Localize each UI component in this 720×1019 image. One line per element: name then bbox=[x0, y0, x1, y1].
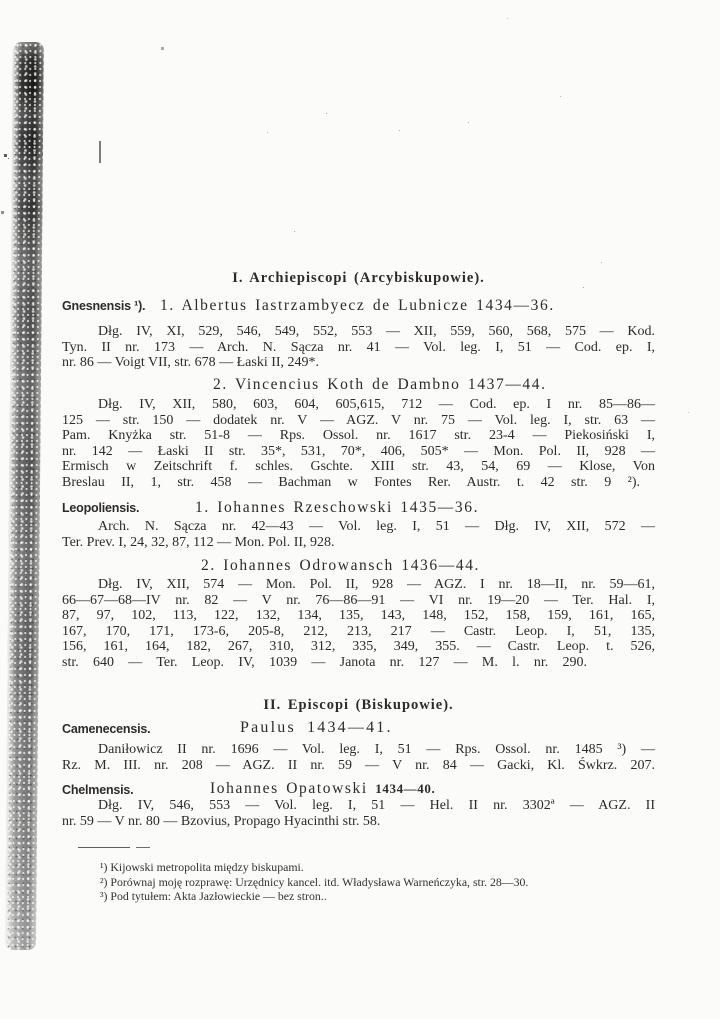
text-line: Daniłowicz II nr. 1696 — Vol. leg. I, 51… bbox=[62, 742, 655, 758]
scanned-book-page: I. Archiepiscopi (Arcybiskupowie). Gnesn… bbox=[0, 0, 720, 1019]
text-line: nr. 86 — Voigt VII, str. 678 — Łaski II,… bbox=[62, 355, 655, 371]
section-heading-episcopi: II. Episcopi (Biskupowie). bbox=[62, 697, 655, 714]
text-line: Dłg. IV, XII, 580, 603, 604, 605,615, 71… bbox=[62, 397, 655, 413]
paragraph-rzeschowski-references: Arch. N. Sącza nr. 42—43 — Vol. leg. I, … bbox=[62, 519, 655, 550]
scan-artifact-specks bbox=[0, 0, 1, 1]
footnotes-block: ¹) Kijowski metropolita między biskupami… bbox=[100, 860, 528, 904]
entry-title-opatowski-name: Iohannes Opatowski bbox=[210, 780, 368, 797]
entry-title-albertus: 1. Albertus Iastrzambyecz de Lubnicze 14… bbox=[160, 297, 555, 315]
text-line: Dłg. IV, 546, 553 — Vol. leg. I, 51 — He… bbox=[62, 798, 655, 814]
entry-title-opatowski-date: 1434—40. bbox=[375, 781, 435, 796]
text-line: 156, 161, 164, 182, 267, 310, 312, 335, … bbox=[62, 639, 655, 655]
text-line: Arch. N. Sącza nr. 42—43 — Vol. leg. I, … bbox=[62, 519, 655, 535]
text-line: nr. 142 — Łaski II str. 35*, 531, 70*, 4… bbox=[62, 444, 655, 460]
text-line: Dłg. IV, XI, 529, 546, 549, 552, 553 — X… bbox=[62, 324, 655, 340]
entry-title-odrowansch: 2. Iohannes Odrowansch 1436—44. bbox=[201, 557, 480, 575]
margin-label-chelmensis: Chelmensis. bbox=[62, 783, 133, 797]
text-line: Dłg. IV, XII, 574 — Mon. Pol. II, 928 — … bbox=[62, 577, 655, 593]
entry-title-vincencius: 2. Vincencius Koth de Dambno 1437—44. bbox=[213, 376, 547, 394]
footnote-1: ¹) Kijowski metropolita między biskupami… bbox=[100, 860, 528, 875]
paragraph-vincencius-references: Dłg. IV, XII, 580, 603, 604, 605,615, 71… bbox=[62, 397, 655, 490]
footnote-separator-rule bbox=[78, 847, 154, 848]
entry-title-opatowski: Iohannes Opatowski 1434—40. bbox=[210, 780, 435, 798]
scan-artifact-line bbox=[99, 141, 101, 163]
text-line: 125 — str. 150 — dodatek nr. V — AGZ. V … bbox=[62, 413, 655, 429]
margin-label-gnesnensis: Gnesnensis ¹). bbox=[62, 299, 145, 313]
footnote-2: ²) Porównaj moję rozprawę: Urzędnicy kan… bbox=[100, 875, 528, 890]
text-line: str. 640 — Ter. Leop. IV, 1039 — Janota … bbox=[62, 655, 587, 671]
text-line: Pam. Knyżka str. 51-8 — Rps. Ossol. nr. … bbox=[62, 428, 655, 444]
paragraph-paulus-references: Daniłowicz II nr. 1696 — Vol. leg. I, 51… bbox=[62, 742, 655, 773]
margin-label-leopoliensis: Leopoliensis. bbox=[62, 501, 139, 515]
text-line: Tyn. II nr. 173 — Arch. N. Sącza nr. 41 … bbox=[62, 340, 655, 356]
text-line: 87, 97, 102, 113, 122, 132, 134, 135, 14… bbox=[62, 608, 655, 624]
margin-label-camenecensis: Camenecensis. bbox=[62, 722, 150, 736]
entry-title-rzeschowski: 1. Iohannes Rzeschowski 1435—36. bbox=[195, 499, 479, 517]
text-line: Breslau II, 1, str. 458 — Bachman w Font… bbox=[62, 475, 640, 491]
text-line: 66—67—68—IV nr. 82 — V nr. 76—86—91 — VI… bbox=[62, 593, 655, 609]
text-line: Ermisch w Zeitschrift f. schles. Gschte.… bbox=[62, 459, 655, 475]
binding-gutter-shadow bbox=[5, 42, 44, 950]
paragraph-odrowansch-references: Dłg. IV, XII, 574 — Mon. Pol. II, 928 — … bbox=[62, 577, 655, 670]
section-heading-archiepiscopi: I. Archiepiscopi (Arcybiskupowie). bbox=[62, 270, 655, 287]
text-line: nr. 59 — V nr. 80 — Bzovius, Propago Hya… bbox=[62, 814, 655, 830]
paragraph-opatowski-references: Dłg. IV, 546, 553 — Vol. leg. I, 51 — He… bbox=[62, 798, 655, 830]
text-line: Ter. Prev. I, 24, 32, 87, 112 — Mon. Pol… bbox=[62, 535, 655, 551]
paragraph-albertus-references: Dłg. IV, XI, 529, 546, 549, 552, 553 — X… bbox=[62, 324, 655, 371]
entry-title-paulus: Paulus 1434—41. bbox=[240, 719, 393, 737]
footnote-3: ³) Pod tytułem: Akta Jazłowieckie — bez … bbox=[100, 889, 528, 904]
text-line: Rz. M. III. nr. 208 — AGZ. II nr. 59 — V… bbox=[62, 758, 655, 774]
text-line: 167, 170, 171, 173-6, 205-8, 212, 213, 2… bbox=[62, 624, 655, 640]
